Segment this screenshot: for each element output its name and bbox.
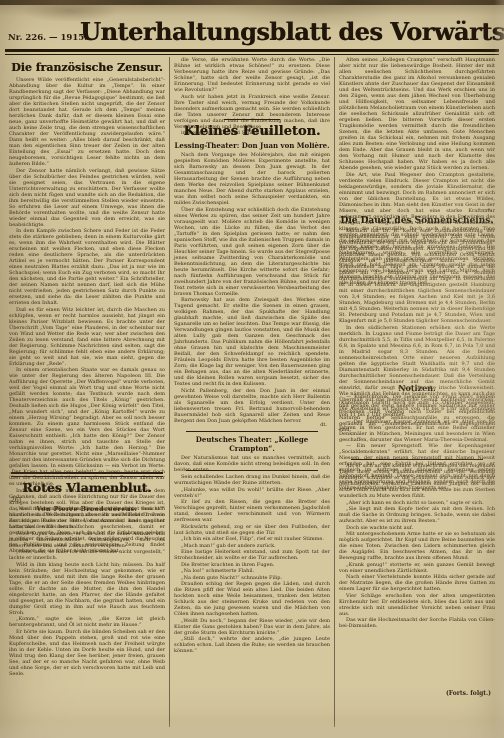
review-title-lessing: Lessing-Theater: Don Juan von Molière. bbox=[174, 141, 330, 150]
novel-paragraph: Mit untergeschobenem Arme hatte er sie s… bbox=[339, 531, 495, 561]
novel-paragraph: „Halunke, was willst Du wohl!“ brüllte d… bbox=[174, 487, 330, 499]
novel-byline-row: 26] Von Pierre Broodcoorens. bbox=[9, 496, 165, 504]
novel-paragraph: Er hörte sie kaum. Durch die blinden Sch… bbox=[9, 629, 165, 677]
novel-paragraph: Wild in ihm klang heute noch Licht hin; … bbox=[9, 562, 165, 616]
feuilleton-section-title: Kleines Feuilleton. bbox=[174, 124, 330, 139]
article-body-zensur: Unsere Wilde veröffentlicht eine „Genera… bbox=[9, 77, 165, 469]
article-paragraph: Unsere Wilde veröffentlicht eine „Genera… bbox=[9, 77, 165, 167]
review-body-lessing: Nach dem Vorgange des Molièrejahrs, das … bbox=[174, 152, 330, 422]
novel-paragraph: „Na los!“ schmetterte Flahil. bbox=[174, 568, 330, 574]
article-paragraph: Kürzlich hat Dr. R. Kerbl eine Zusammens… bbox=[339, 228, 495, 324]
novel-paragraph: Er lief zu den Rissen, die gegen die Bre… bbox=[174, 499, 330, 523]
novel-paragraph: Sein schallendes Lachen drang ins Dunkel… bbox=[174, 474, 330, 486]
columns-container: Die französische Zensur. Unsere Wilde ve… bbox=[5, 57, 499, 727]
article-paragraph: In einem orientalischen Staate war es da… bbox=[9, 367, 165, 487]
novel-paragraph: „Na denn gute Nacht!“ schnaubte Filip. bbox=[174, 575, 330, 581]
newspaper-title: Unterhaltungsblatt des Vorwärts bbox=[80, 17, 504, 46]
novel-paragraph: Doch sie wachte nicht auf. bbox=[339, 525, 495, 531]
novel-paragraph: Die Bretter krachten in ihren Fugen. bbox=[174, 562, 330, 568]
torn-paper-edge bbox=[0, 0, 504, 5]
novel-paragraph: „Still doch,“ wehrte der andere, „die ju… bbox=[174, 636, 330, 654]
novel-paragraph: Vier Schläge erschollen von der alten um… bbox=[339, 593, 495, 617]
novel-paragraph: „Aber ich kann es doch nicht so lassen,“… bbox=[339, 500, 495, 506]
novel-paragraph: „Weißt Du noch,“ begann der Riese wieder… bbox=[174, 618, 330, 636]
novel-title: Rotes Vlamenblut. bbox=[9, 480, 165, 495]
column-left: Die französische Zensur. Unsere Wilde ve… bbox=[5, 57, 169, 727]
continuation-mark: (Forts. folgt.) bbox=[339, 690, 491, 697]
article-paragraph: die Verse, die erwähnten Worte durch die… bbox=[174, 57, 330, 93]
novel-paragraph: Rückwärts gehend, zog er sie über den Fu… bbox=[174, 524, 330, 536]
novel-paragraph: Das war die Hochzeitsnacht der Sorche Fl… bbox=[339, 617, 495, 629]
article-title-zensur: Die französische Zensur. bbox=[9, 61, 165, 74]
article-paragraph: Der Zensor hatte nämlich verlangt, daß g… bbox=[9, 168, 165, 228]
novel-paragraph: Eine lustige Heiterkeit entstand, und zu… bbox=[174, 549, 330, 561]
novel-paragraph: Als er sich an die kleinen Wunderlichkei… bbox=[339, 463, 495, 499]
article-title-sonnenschein: Die Dauer des Sonnenscheins. bbox=[339, 216, 495, 226]
novel-paragraph: „Komm,“ sagte sie leise, „die Kerze ist … bbox=[9, 616, 165, 628]
novel-text-middle: Sein schallendes Lachen drang ins Dunkel… bbox=[174, 474, 330, 722]
review-paragraph: Alten seines „Kollegen Crampton“ verscha… bbox=[339, 57, 495, 171]
article-continuation-zensur: die Verse, die erwähnten Worte durch die… bbox=[174, 57, 330, 115]
review-divider bbox=[186, 431, 318, 432]
notes-list: — Kunstchronik. Die Gemälde von Franz Ma… bbox=[339, 394, 495, 456]
novel-text-left: „Was machst Du denn für ein trübseliges … bbox=[9, 506, 165, 716]
review-body-crampton-continuation: Alten seines „Kollegen Crampton“ verscha… bbox=[339, 57, 495, 207]
novel-author-byline: Von Pierre Broodcoorens. bbox=[37, 506, 138, 513]
novel-paragraph: „Krank genug!“ stotterte er, sein ganzes… bbox=[339, 562, 495, 574]
review-paragraph: Nach dem Vorgange des Molièrejahrs, das … bbox=[174, 152, 330, 206]
newspaper-page: Nr. 226. — 1915. Unterhaltungsblatt des … bbox=[0, 0, 504, 738]
column-right: Alten seines „Kollegen Crampton“ verscha… bbox=[334, 57, 499, 727]
issue-number: Nr. 226. — 1915. bbox=[8, 33, 80, 43]
review-paragraph: Barnowsky hat aus dem Zwiespalt des Werk… bbox=[174, 297, 330, 387]
masthead: Nr. 226. — 1915. Unterhaltungsblatt des … bbox=[0, 0, 504, 46]
novel-paragraph: „Sie liegt mit dem Kopfe tiefer als mit … bbox=[339, 506, 495, 524]
review-paragraph: Nicht Pallenberg, der den Don Juan in de… bbox=[174, 388, 330, 424]
review-body-crampton-start: Der Naturalismus hat uns so manches verm… bbox=[174, 455, 330, 467]
review-title-crampton: Deutsches Theater: „Kollege Crampton“. bbox=[174, 435, 330, 453]
novel-paragraph: Nach einer Viertelstunde konnte Hilda si… bbox=[339, 574, 495, 592]
article-body-sonnenschein: Kürzlich hat Dr. R. Kerbl eine Zusammens… bbox=[339, 228, 495, 380]
review-paragraph: Über die Entstehung war schließlich doch… bbox=[174, 207, 330, 297]
novel-paragraph: „Mach man!“ gab der andere zurück. bbox=[174, 543, 330, 549]
novel-paragraph: „Ich bin ein alter Esel, Filip“, rief er… bbox=[174, 536, 330, 542]
column-middle: die Verse, die erwähnten Worte durch die… bbox=[169, 57, 334, 727]
novel-text-right: Als er sich an die kleinen Wunderlichkei… bbox=[339, 463, 495, 687]
novel-paragraph: Draußen schlug der Regen gegen die Läden… bbox=[174, 581, 330, 617]
novel-paragraph: „Nein, nein, so habe ich mir die Stunde … bbox=[9, 549, 165, 561]
novel-installment-number: 26] bbox=[11, 497, 21, 504]
article-paragraph: In dem Kampfe zwischen Schere und Feder … bbox=[9, 228, 165, 306]
article-paragraph: Daß es für einen Witz leichter ist, durc… bbox=[9, 307, 165, 367]
masthead-rule bbox=[5, 49, 499, 55]
note-item: — Der Bildhauer Kaspar Zumbusch ist im A… bbox=[339, 419, 495, 443]
